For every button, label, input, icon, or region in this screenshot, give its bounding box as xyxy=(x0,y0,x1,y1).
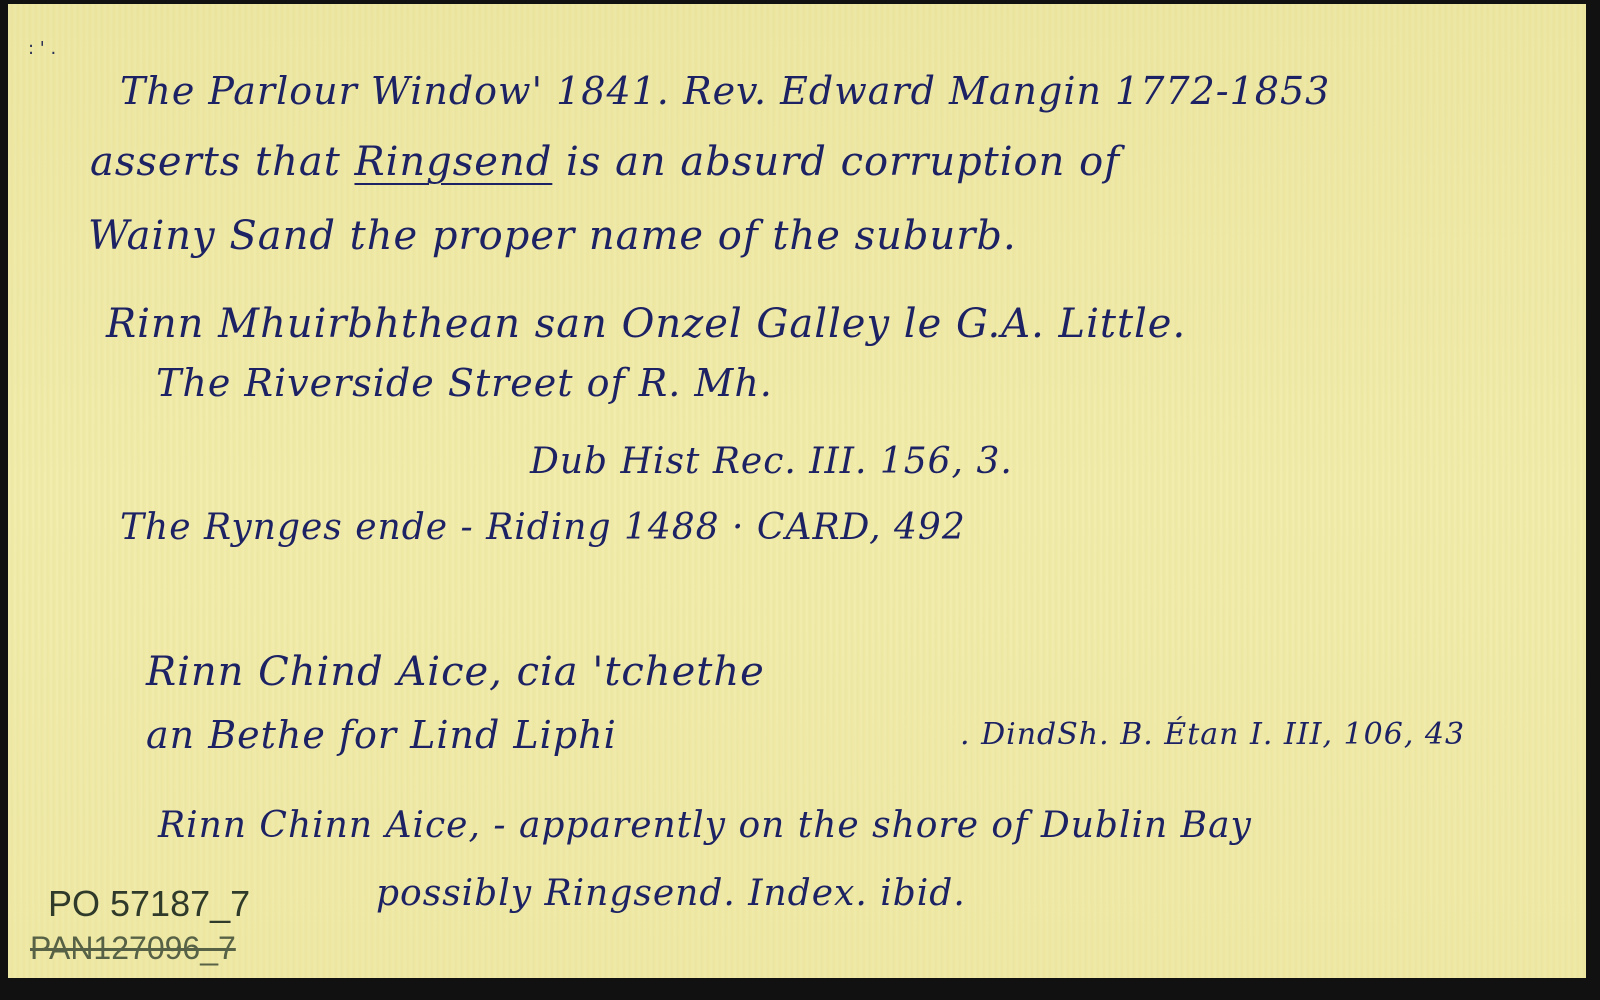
card-line-7: The Rynges ende - Riding 1488 · CARD, 49… xyxy=(120,510,966,546)
card-line-10-citation: . DindSh. B. Étan I. III, 106, 43 xyxy=(960,720,1465,750)
reference-number: PO 57187_7 xyxy=(48,886,250,922)
card-line-11: Rinn Chinn Aice, - apparently on the sho… xyxy=(158,808,1252,844)
struck-reference-number: PAN127096_7 xyxy=(30,932,236,964)
card-line-2-post: is an absurd corruption of xyxy=(552,139,1120,185)
card-line-4: Rinn Mhuirbhthean san Onzel Galley le G.… xyxy=(106,304,1186,344)
card-line-2: asserts that Ringsend is an absurd corru… xyxy=(90,142,1120,182)
card-line-5: The Riverside Street of R. Mh. xyxy=(156,364,773,402)
ringsend-emphasis: Ringsend xyxy=(354,139,552,185)
index-card: : ' . The Parlour Window' 1841. Rev. Edw… xyxy=(8,4,1586,978)
card-line-12: possibly Ringsend. Index. ibid. xyxy=(376,876,966,912)
card-line-1: The Parlour Window' 1841. Rev. Edward Ma… xyxy=(120,72,1330,110)
card-line-3: Wainy Sand the proper name of the suburb… xyxy=(88,216,1017,256)
card-line-6-citation: Dub Hist Rec. III. 156, 3. xyxy=(530,444,1013,480)
corner-ink-marks: : ' . xyxy=(28,38,56,59)
card-line-2-pre: asserts that xyxy=(90,139,354,185)
card-line-9: an Bethe for Lind Liphi xyxy=(146,716,617,754)
card-line-8: Rinn Chind Aice, cia 'tchethe xyxy=(146,652,765,692)
